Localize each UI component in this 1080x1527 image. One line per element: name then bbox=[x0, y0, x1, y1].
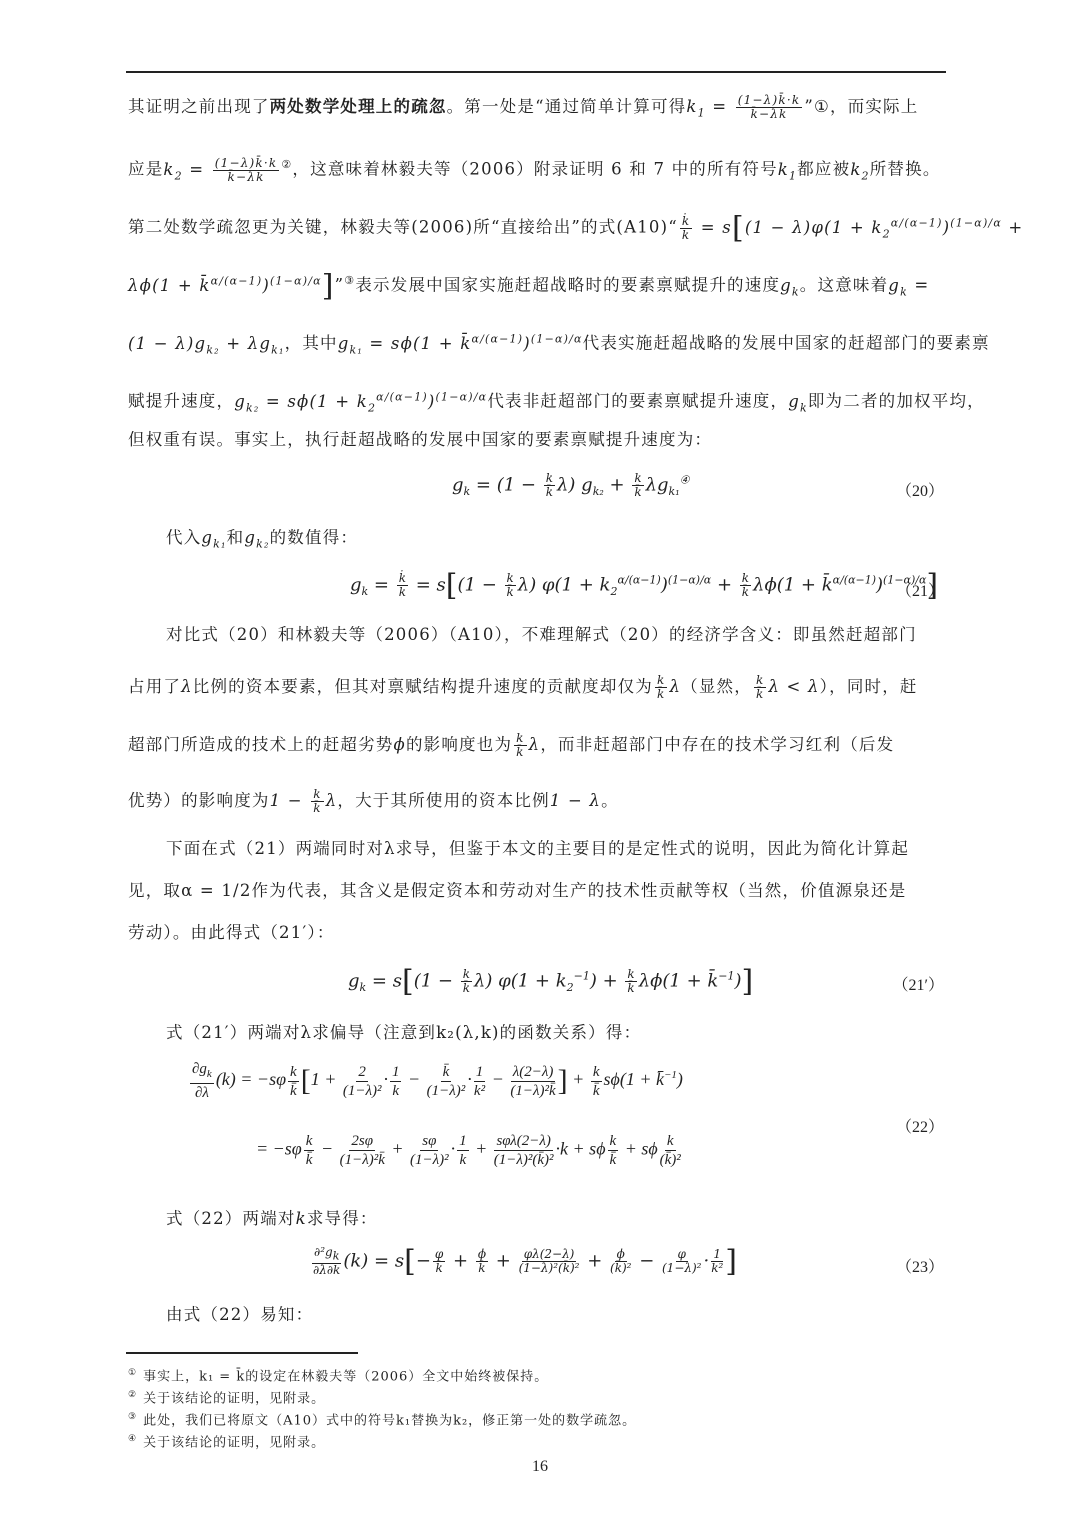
body-line: 占用了λ比例的资本要素，但其对禀赋结构提升速度的贡献度却仅为kk̄λ（显然，kk… bbox=[128, 672, 950, 702]
body-line: 式（22）两端对k求导得： bbox=[166, 1204, 988, 1234]
footnote-text: 此处，我们已将原文（A10）式中的符号k₁替换为k₂，修正第一处的数学疏忽。 bbox=[143, 1413, 636, 1428]
footnote-2: ②关于该结论的证明，见附录。 bbox=[128, 1386, 325, 1408]
footnote-mark: ① bbox=[128, 1368, 137, 1378]
footnote-3: ③此处，我们已将原文（A10）式中的符号k₁替换为k₂，修正第一处的数学疏忽。 bbox=[128, 1408, 636, 1430]
inline-math: k1 = (1−λ)k̄·kk̄−λk bbox=[686, 97, 804, 116]
body-line: λϕ(1 + k̄α/(α−1))(1−α)/α]”③表示发展中国家实施赶超战略… bbox=[128, 266, 950, 307]
body-line: (1 − λ)gk₂ + λgk₁，其中gk₁ = sϕ(1 + k̄α/(α−… bbox=[128, 324, 950, 365]
footnote-text: 关于该结论的证明，见附录。 bbox=[143, 1435, 325, 1450]
equation-number: （21′） bbox=[892, 972, 944, 995]
page-number: 16 bbox=[0, 1458, 1080, 1476]
equation-21: gk = k̇k = s[(1 − kk̄λ) φ(1 + k2α/(α−1))… bbox=[350, 568, 938, 603]
equation-number: （22） bbox=[896, 1114, 944, 1137]
body-line: 由式（22）易知： bbox=[166, 1300, 988, 1330]
body-line: 第二处数学疏忽更为关键，林毅夫等(2006)所“直接给出”的式(A10)“k̇k… bbox=[128, 208, 950, 249]
body-line: 式（21′）两端对λ求偏导（注意到k₂(λ,k)的函数关系）得： bbox=[166, 1018, 988, 1048]
text-run: 其证明之前出现了 bbox=[128, 97, 270, 116]
equation-number: （21） bbox=[896, 578, 944, 601]
body-line: 代入gk₁和gk₂的数值得： bbox=[166, 523, 988, 559]
footnote-text: 事实上，k₁ = k̄的设定在林毅夫等（2006）全文中始终被保持。 bbox=[143, 1369, 548, 1384]
body-line: 优势）的影响度为1 − kk̄λ，大于其所使用的资本比例1 − λ。 bbox=[128, 786, 950, 816]
equation-number: （20） bbox=[896, 478, 944, 501]
equation-20: gk = (1 − kk̄λ) gk₂ + kk̄λgk₁④ bbox=[452, 472, 689, 499]
equation-23: ∂²gk∂λ∂k(k) = s[−φk̄ + ϕk̄ + φλ(2−λ)(1−λ… bbox=[310, 1244, 737, 1279]
footnote-text: 关于该结论的证明，见附录。 bbox=[143, 1391, 325, 1406]
body-line: 但权重有误。事实上，执行赶超战略的发展中国家的要素禀赋提升速度为： bbox=[128, 425, 950, 455]
text-run: 。第一处是“通过简单计算可得 bbox=[447, 97, 687, 116]
footnote-4: ④关于该结论的证明，见附录。 bbox=[128, 1430, 325, 1452]
footnote-mark: ② bbox=[128, 1390, 137, 1400]
text-run: ”①，而实际上 bbox=[804, 97, 918, 116]
footnote-mark: ④ bbox=[128, 1434, 137, 1444]
body-line: 赋提升速度，gk₂ = sϕ(1 + k2α/(α−1))(1−α)/α代表非赶… bbox=[128, 382, 950, 423]
body-line: 其证明之前出现了两处数学处理上的疏忽。第一处是“通过简单计算可得k1 = (1−… bbox=[128, 92, 950, 128]
header-rule bbox=[126, 71, 946, 73]
equation-22-line2: = −sφkk̄ − 2sφ(1−λ)²k̄ + sφ(1−λ)²·1k + s… bbox=[256, 1132, 683, 1169]
equation-22-line1: ∂gk∂λ(k) = −sφkk̄[1 + 2(1−λ)²·1k − k̄(1−… bbox=[188, 1060, 683, 1102]
body-line: 超部门所造成的技术上的赶超劣势ϕ的影响度也为kk̄λ，而非赶超部门中存在的技术学… bbox=[128, 730, 950, 760]
bold-text-run: 两处数学处理上的疏忽 bbox=[270, 97, 447, 116]
body-line: 下面在式（21）两端同时对λ求导，但鉴于本文的主要目的是定性式的说明，因此为简化… bbox=[166, 834, 988, 864]
body-line: 见，取α = 1/2作为代表，其含义是假定资本和劳动对生产的技术性贡献等权（当然… bbox=[128, 876, 950, 906]
footnote-1: ①事实上，k₁ = k̄的设定在林毅夫等（2006）全文中始终被保持。 bbox=[128, 1364, 548, 1386]
body-line: 对比式（20）和林毅夫等（2006）（A10），不难理解式（20）的经济学含义：… bbox=[166, 620, 988, 650]
equation-number: （23） bbox=[896, 1254, 944, 1277]
body-line: 应是k2 = (1−λ)k̄·kk̄−λk②，这意味着林毅夫等（2006）附录证… bbox=[128, 150, 950, 191]
footnote-rule bbox=[126, 1352, 358, 1354]
body-line: 劳动）。由此得式（21′）： bbox=[128, 918, 950, 948]
footnote-mark: ③ bbox=[128, 1412, 137, 1422]
equation-21-prime: gk = s[(1 − kk̄λ) φ(1 + k2−1) + kk̄λϕ(1 … bbox=[348, 964, 753, 999]
